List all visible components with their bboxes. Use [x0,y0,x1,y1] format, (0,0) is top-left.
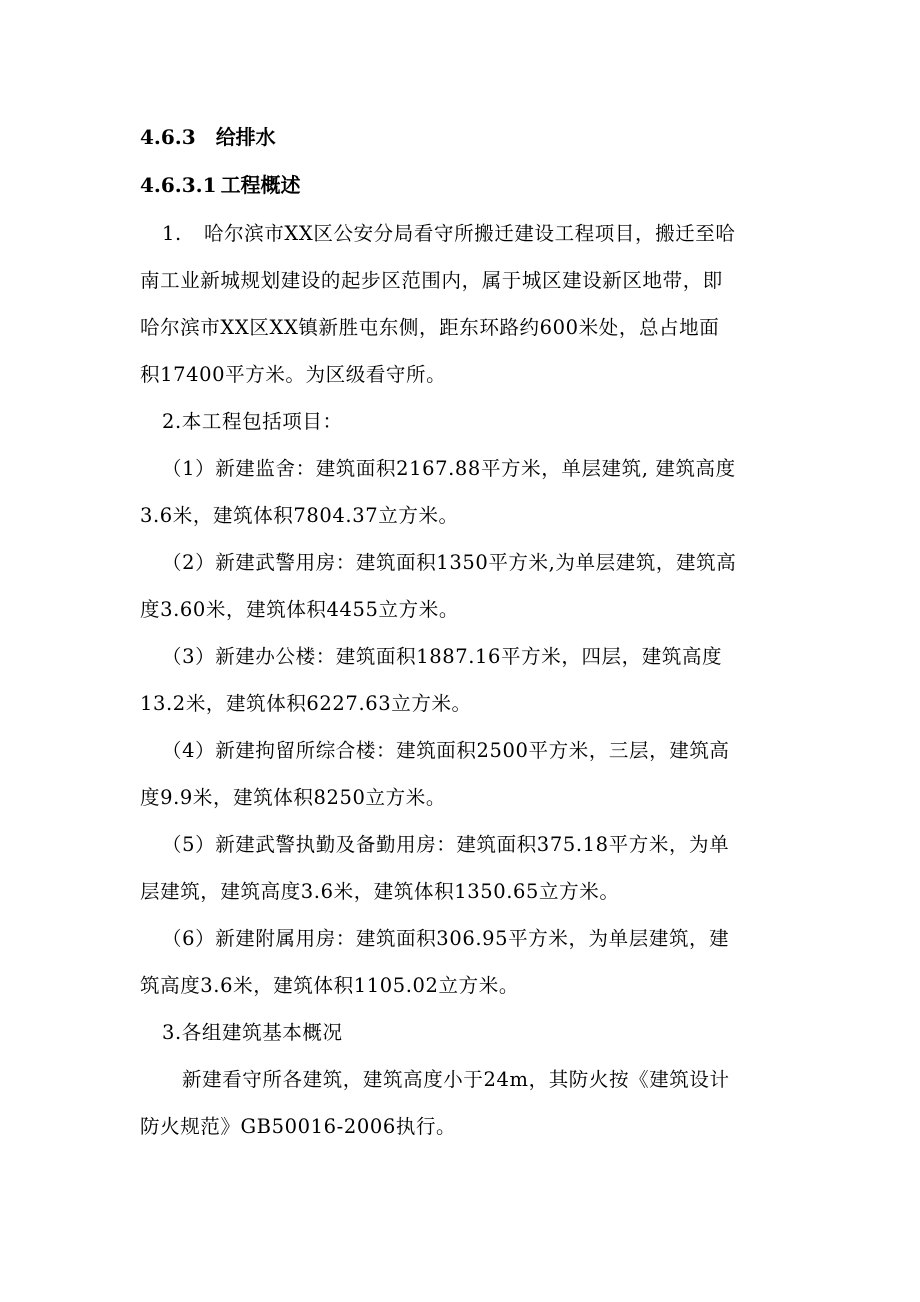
paragraph-line: 度9.9米，建筑体积8250立方米。 [140,774,782,821]
paragraph-item-1: （1）新建监舍：建筑面积2167.88平方米，单层建筑, 建筑高度 3.6米，建… [140,445,782,539]
paragraph-line: 13.2米，建筑体积6227.63立方米。 [140,680,782,727]
paragraph-item-5: （5）新建武警执勤及备勤用房：建筑面积375.18平方米，为单 层建筑，建筑高度… [140,821,782,915]
section-heading: 4.6.3给排水 [140,122,782,152]
paragraph-item-2: （2）新建武警用房：建筑面积1350平方米,为单层建筑，建筑高 度3.60米，建… [140,539,782,633]
paragraph-line: 层建筑，建筑高度3.6米，建筑体积1350.65立方米。 [140,868,782,915]
paragraph-item-3: （3）新建办公楼：建筑面积1887.16平方米，四层，建筑高度 13.2米，建筑… [140,633,782,727]
paragraph-line: 新建看守所各建筑，建筑高度小于24m，其防火按《建筑设计 [140,1056,782,1103]
subsection-title: 工程概述 [221,173,301,197]
paragraph-item-6: （6）新建附属用房：建筑面积306.95平方米，为单层建筑，建 筑高度3.6米，… [140,915,782,1009]
paragraph-line: 3.各组建筑基本概况 [140,1009,782,1056]
paragraph-line: 2.本工程包括项目： [140,398,782,445]
paragraph-line: （6）新建附属用房：建筑面积306.95平方米，为单层建筑，建 [140,915,782,962]
paragraph-project-location: 1.哈尔滨市XX区公安分局看守所搬迁建设工程项目，搬迁至哈 南工业新城规划建设的… [140,210,782,398]
list-number: 1. [162,210,204,257]
paragraph-line: （5）新建武警执勤及备勤用房：建筑面积375.18平方米，为单 [140,821,782,868]
document-page: 4.6.3给排水 4.6.3.1工程概述 1.哈尔滨市XX区公安分局看守所搬迁建… [140,122,782,1150]
paragraph-line: 防火规范》GB50016-2006执行。 [140,1103,782,1150]
paragraph-line: 哈尔滨市XX区XX镇新胜屯东侧，距东环路约600米处，总占地面 [140,304,782,351]
paragraph-line: 1.哈尔滨市XX区公安分局看守所搬迁建设工程项目，搬迁至哈 [140,210,782,257]
paragraph-line: （3）新建办公楼：建筑面积1887.16平方米，四层，建筑高度 [140,633,782,680]
paragraph-item-4: （4）新建拘留所综合楼：建筑面积2500平方米，三层，建筑高 度9.9米，建筑体… [140,727,782,821]
paragraph-line: 积17400平方米。为区级看守所。 [140,351,782,398]
paragraph-line: 筑高度3.6米，建筑体积1105.02立方米。 [140,962,782,1009]
paragraph-line: 3.6米，建筑体积7804.37立方米。 [140,492,782,539]
paragraph-project-items-intro: 2.本工程包括项目： [140,398,782,445]
subsection-heading: 4.6.3.1工程概述 [140,170,782,200]
paragraph-line: （1）新建监舍：建筑面积2167.88平方米，单层建筑, 建筑高度 [140,445,782,492]
line-text: 哈尔滨市XX区公安分局看守所搬迁建设工程项目，搬迁至哈 [204,222,735,245]
paragraph-line: （2）新建武警用房：建筑面积1350平方米,为单层建筑，建筑高 [140,539,782,586]
paragraph-line: （4）新建拘留所综合楼：建筑面积2500平方米，三层，建筑高 [140,727,782,774]
paragraph-fire-code: 新建看守所各建筑，建筑高度小于24m，其防火按《建筑设计 防火规范》GB5001… [140,1056,782,1150]
section-title: 给排水 [216,125,276,149]
section-number: 4.6.3 [140,122,196,152]
subsection-number: 4.6.3.1 [140,173,217,197]
paragraph-building-overview-heading: 3.各组建筑基本概况 [140,1009,782,1056]
paragraph-line: 南工业新城规划建设的起步区范围内，属于城区建设新区地带，即 [140,257,782,304]
paragraph-line: 度3.60米，建筑体积4455立方米。 [140,586,782,633]
